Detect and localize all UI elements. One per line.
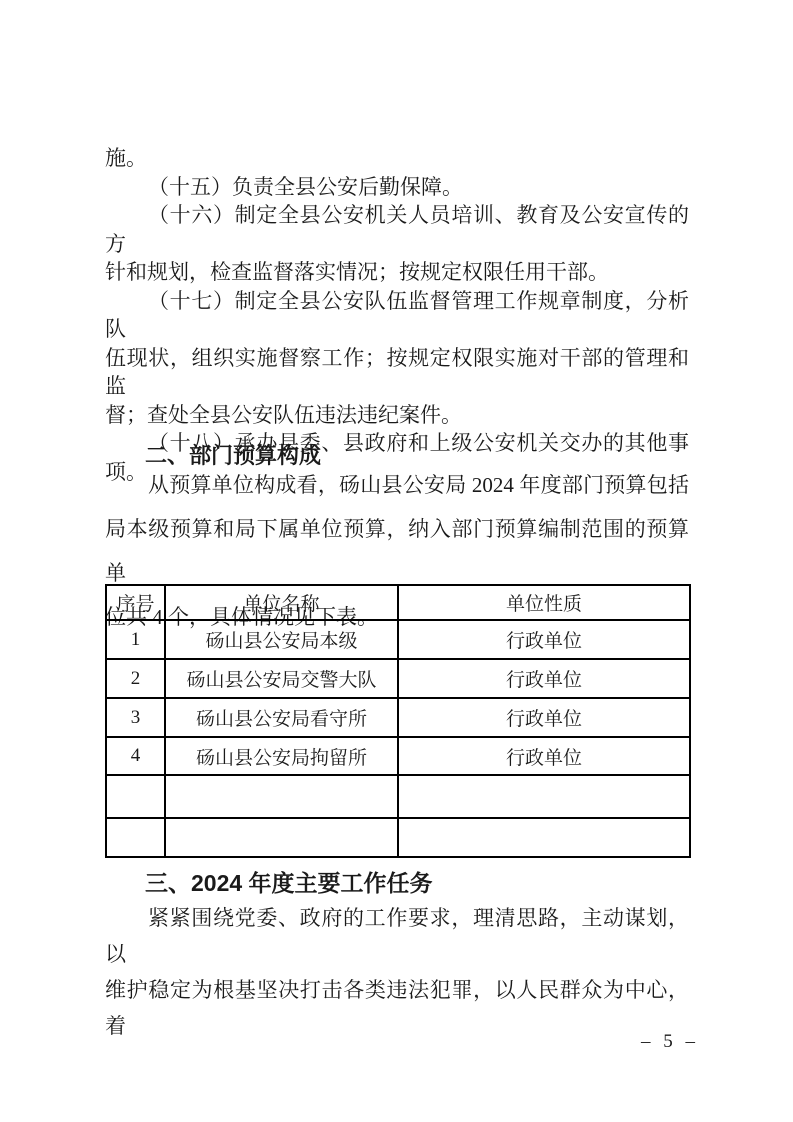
table-cell: 1	[106, 620, 165, 659]
table-cell: 行政单位	[398, 737, 690, 775]
intro-paragraph-block: 施。（十五）负责全县公安后勤保障。（十六）制定全县公安机关人员培训、教育及公安宣…	[105, 144, 689, 486]
text-line: 从预算单位构成看，砀山县公安局 2024 年度部门预算包括	[105, 463, 689, 507]
text-line: 督；查处全县公安队伍违法违纪案件。	[105, 401, 689, 430]
table-header-cell: 单位名称	[165, 585, 398, 620]
text-line: （十五）负责全县公安后勤保障。	[105, 173, 689, 202]
document-page: 施。（十五）负责全县公安后勤保障。（十六）制定全县公安机关人员培训、教育及公安宣…	[0, 0, 793, 1122]
table-cell: 2	[106, 659, 165, 698]
table-cell	[398, 775, 690, 818]
table-header-cell: 序号	[106, 585, 165, 620]
table-row: 4砀山县公安局拘留所行政单位	[106, 737, 690, 775]
text-line: 紧紧围绕党委、政府的工作要求，理清思路，主动谋划，以	[105, 900, 689, 972]
section-heading-work-tasks: 三、2024 年度主要工作任务	[105, 868, 689, 898]
table-cell	[106, 775, 165, 818]
table-cell: 4	[106, 737, 165, 775]
table-row: 3砀山县公安局看守所行政单位	[106, 698, 690, 737]
table-cell: 行政单位	[398, 620, 690, 659]
text-line: 伍现状，组织实施督察工作；按规定权限实施对干部的管理和监	[105, 344, 689, 401]
table-row	[106, 818, 690, 857]
table-cell: 行政单位	[398, 698, 690, 737]
table-header-cell: 单位性质	[398, 585, 690, 620]
table-cell: 砀山县公安局拘留所	[165, 737, 398, 775]
table-row: 1砀山县公安局本级行政单位	[106, 620, 690, 659]
table-cell: 砀山县公安局本级	[165, 620, 398, 659]
text-line: 针和规划，检查监督落实情况；按规定权限任用干部。	[105, 258, 689, 287]
table-cell	[165, 818, 398, 857]
table-cell: 行政单位	[398, 659, 690, 698]
table-row	[106, 775, 690, 818]
table-cell	[398, 818, 690, 857]
table-header-row: 序号单位名称单位性质	[106, 585, 690, 620]
table-cell: 砀山县公安局看守所	[165, 698, 398, 737]
text-line: （十七）制定全县公安队伍监督管理工作规章制度，分析队	[105, 287, 689, 344]
table-cell: 砀山县公安局交警大队	[165, 659, 398, 698]
table-cell	[165, 775, 398, 818]
table-cell	[106, 818, 165, 857]
text-line: 局本级预算和局下属单位预算，纳入部门预算编制范围的预算单	[105, 507, 689, 595]
budget-units-table: 序号单位名称单位性质1砀山县公安局本级行政单位2砀山县公安局交警大队行政单位3砀…	[105, 584, 691, 858]
text-line: （十六）制定全县公安机关人员培训、教育及公安宣传的方	[105, 201, 689, 258]
tasks-paragraph-block: 紧紧围绕党委、政府的工作要求，理清思路，主动谋划，以维护稳定为根基坚决打击各类违…	[105, 900, 689, 1044]
text-line: 维护稳定为根基坚决打击各类违法犯罪，以人民群众为中心，着	[105, 972, 689, 1044]
page-number: – 5 –	[618, 1031, 722, 1053]
text-line: 施。	[105, 144, 689, 173]
table-row: 2砀山县公安局交警大队行政单位	[106, 659, 690, 698]
table-cell: 3	[106, 698, 165, 737]
